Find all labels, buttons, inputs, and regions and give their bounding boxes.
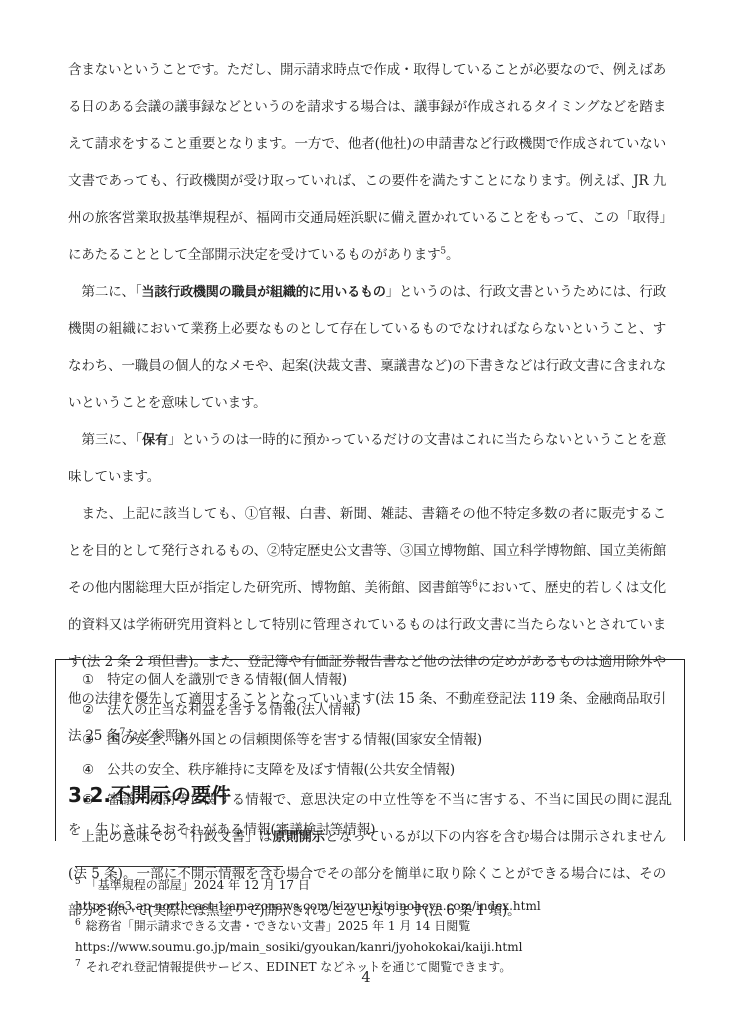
document-page: 含まないということです。ただし、開示請求時点で作成・取得していることが必要なので… — [0, 0, 732, 1024]
footnote-marker: 5 — [75, 877, 81, 887]
list-item-text: 公共の安全、秩序維持に支障を及ぼす情報(公共安全情報) — [107, 762, 455, 778]
footnote-separator — [75, 866, 283, 867]
list-item-1: ①特定の個人を識別できる情報(個人情報) — [68, 665, 672, 695]
footnote-line-5: 5「基準規程の部屋」2024 年 12 月 17 日 — [75, 875, 675, 896]
exemption-info-box: ①特定の個人を識別できる情報(個人情報) ②法人の正当な利益を害する情報(法人情… — [55, 659, 685, 841]
footnote-text: 「基準規程の部屋」2024 年 12 月 17 日 — [86, 878, 310, 892]
body-text: 第二に、「 — [82, 284, 142, 300]
footnote-marker: 7 — [75, 959, 81, 969]
list-item-number: ③ — [82, 732, 94, 748]
list-item-text: 審議・検討等に関する情報で、意思決定の中立性等を不当に害する、不当に国民の間に混… — [68, 792, 672, 838]
paragraph-continuation: 含まないということです。ただし、開示請求時点で作成・取得していることが必要なので… — [68, 52, 666, 274]
footnote-url-5: https://s3.ap-northeast-1.amazonaws.com/… — [75, 896, 675, 917]
list-item-number: ② — [82, 702, 94, 718]
list-item-number: ① — [82, 672, 94, 688]
list-item-number: ⑤ — [82, 792, 94, 808]
body-text: 第三に、「 — [82, 432, 143, 448]
body-text: 。 — [446, 247, 459, 263]
footnote-line-6: 6総務省「開示請求できる文書・できない文書」2025 年 1 月 14 日閲覧 — [75, 916, 675, 937]
list-item-text: 特定の個人を識別できる情報(個人情報) — [107, 672, 347, 688]
footnote-url-6: https://www.soumu.go.jp/main_sosiki/gyou… — [75, 937, 675, 958]
paragraph-second: 第二に、「当該行政機関の職員が組織的に用いるもの」というのは、行政文書というため… — [68, 274, 666, 422]
bold-term: 保有 — [142, 433, 168, 448]
footnote-text: https://s3.ap-northeast-1.amazonaws.com/… — [75, 899, 541, 913]
footnote-marker: 6 — [75, 918, 81, 928]
body-text: 」というのは、行政文書というためには、行政機関の組織において業務上必要なものとし… — [68, 284, 666, 411]
list-item-4: ④公共の安全、秩序維持に支障を及ぼす情報(公共安全情報) — [68, 755, 672, 785]
list-item-5: ⑤審議・検討等に関する情報で、意思決定の中立性等を不当に害する、不当に国民の間に… — [68, 785, 672, 841]
list-item-text: 法人の正当な利益を害する情報(法人情報) — [107, 702, 361, 718]
body-text: 含まないということです。ただし、開示請求時点で作成・取得していることが必要なので… — [68, 62, 666, 263]
page-number: 4 — [0, 970, 732, 986]
bold-term: 当該行政機関の職員が組織的に用いるもの — [142, 285, 386, 300]
list-item-number: ④ — [82, 762, 94, 778]
list-item-text: 国の安全、諸外国との信頼関係等を害する情報(国家安全情報) — [107, 732, 482, 748]
footnote-text: 総務省「開示請求できる文書・できない文書」2025 年 1 月 14 日閲覧 — [86, 919, 471, 933]
footnote-text: https://www.soumu.go.jp/main_sosiki/gyou… — [75, 940, 522, 954]
footnote-block: 5「基準規程の部屋」2024 年 12 月 17 日 https://s3.ap… — [75, 866, 675, 978]
list-item-3: ③国の安全、諸外国との信頼関係等を害する情報(国家安全情報) — [68, 725, 672, 755]
paragraph-third: 第三に、「保有」というのは一時的に預かっているだけの文書はこれに当たらないという… — [68, 422, 666, 496]
list-item-2: ②法人の正当な利益を害する情報(法人情報) — [68, 695, 672, 725]
